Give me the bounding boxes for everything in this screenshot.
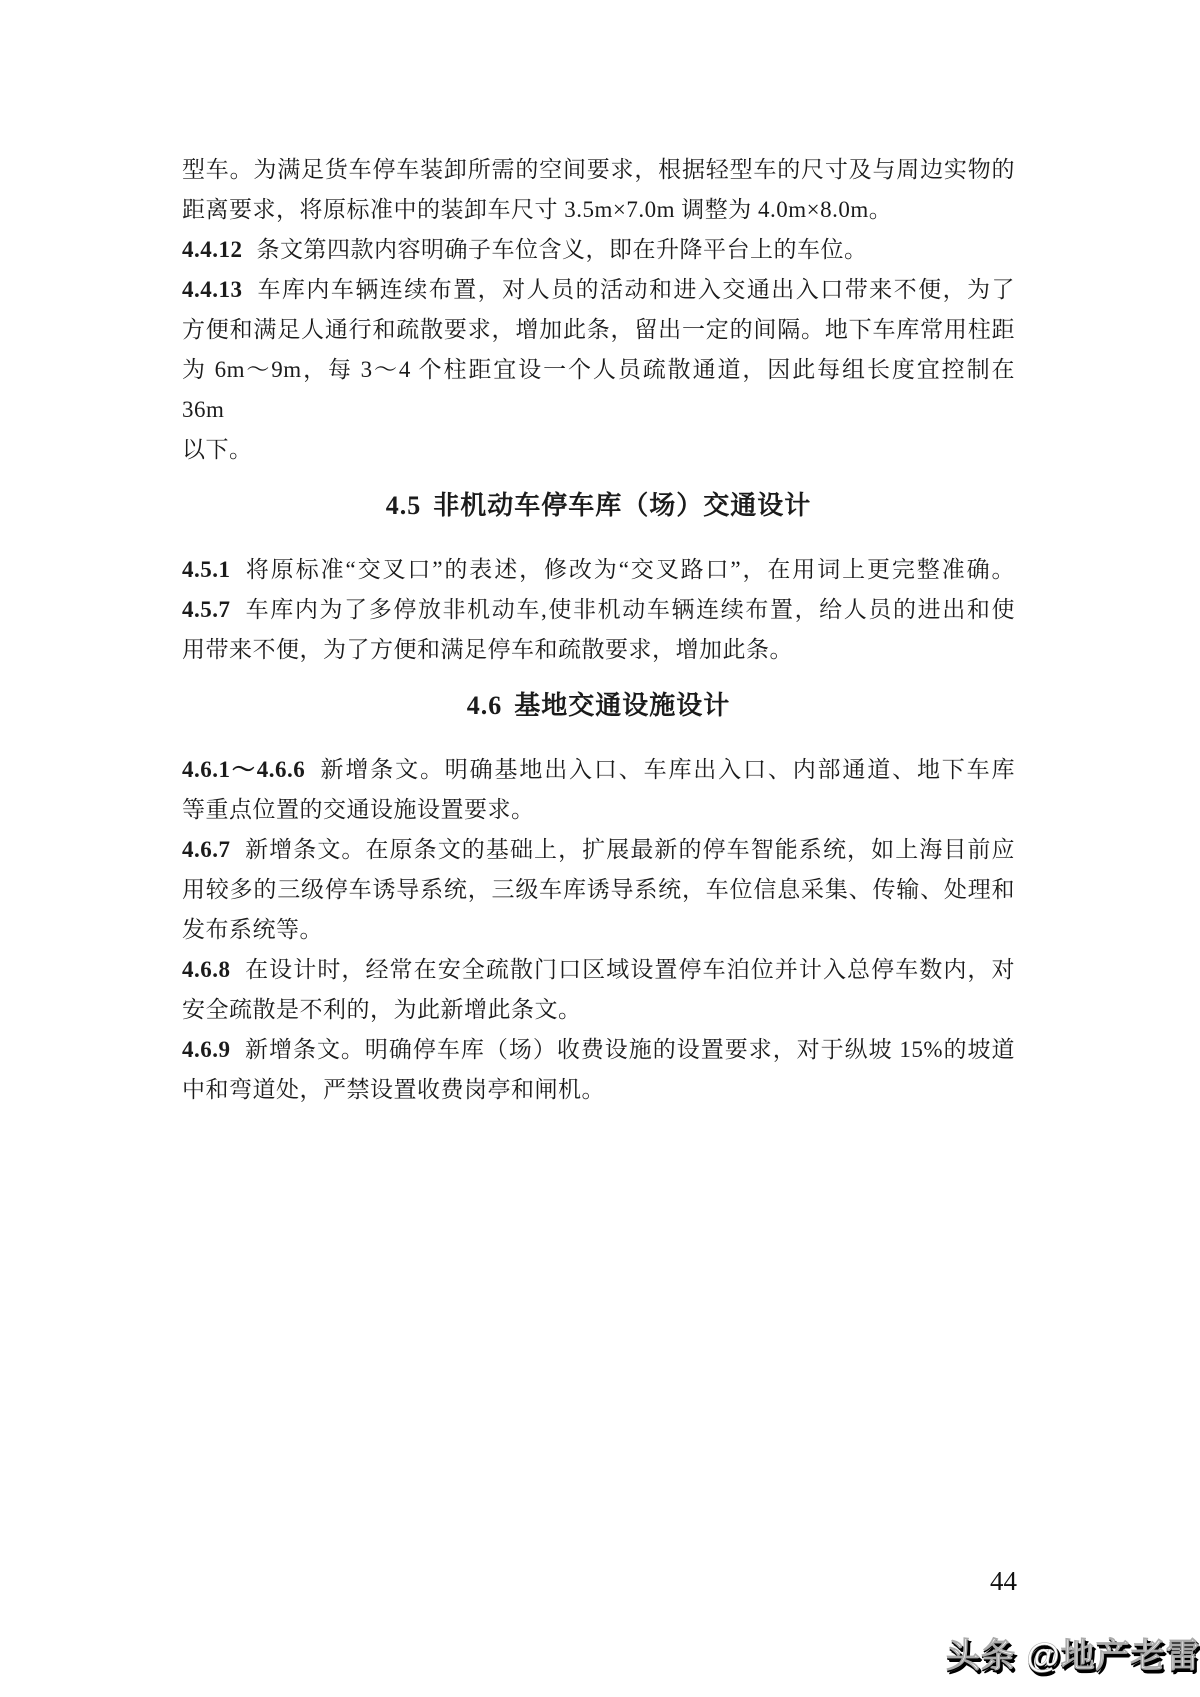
text-line: 4.6.8在设计时，经常在安全疏散门口区域设置停车泊位并计入总停车数内，对	[182, 950, 1015, 990]
text-line: 等重点位置的交通设施设置要求。	[182, 790, 1015, 830]
text-line: 4.6.1～4.6.6新增条文。明确基地出入口、车库出入口、内部通道、地下车库	[182, 750, 1015, 790]
section-heading: 4.5非机动车停车库（场）交通设计	[182, 486, 1015, 526]
text-line: 4.6.9新增条文。明确停车库（场）收费设施的设置要求，对于纵坡 15%的坡道	[182, 1030, 1015, 1070]
text-line: 4.4.13车库内车辆连续布置，对人员的活动和进入交通出入口带来不便，为了	[182, 270, 1015, 310]
clause-number: 4.5.1	[182, 557, 245, 582]
heading-title: 基地交通设施设计	[514, 691, 730, 720]
text-line: 安全疏散是不利的，为此新增此条文。	[182, 990, 1015, 1030]
clause-number: 4.5.7	[182, 597, 245, 622]
text-line: 方便和满足人通行和疏散要求，增加此条，留出一定的间隔。地下车库常用柱距	[182, 310, 1015, 350]
clause-number: 4.6.1～4.6.6	[182, 757, 319, 782]
section-heading: 4.6基地交通设施设计	[182, 686, 1015, 726]
text-line: 以下。	[182, 430, 1015, 470]
clause-text: 新增条文。在原条文的基础上，扩展最新的停车智能系统，如上海目前应	[245, 837, 1016, 862]
clause-text: 新增条文。明确停车库（场）收费设施的设置要求，对于纵坡 15%的坡道	[245, 1037, 1016, 1062]
heading-title: 非机动车停车库（场）交通设计	[433, 491, 811, 520]
clause-text: 车库内为了多停放非机动车,使非机动车辆连续布置，给人员的进出和使	[245, 597, 1016, 622]
clause-number: 4.4.13	[182, 277, 257, 302]
text-line: 型车。为满足货车停车装卸所需的空间要求，根据轻型车的尺寸及与周边实物的	[182, 150, 1015, 190]
text-line: 中和弯道处，严禁设置收费岗亭和闸机。	[182, 1070, 1015, 1110]
text-line: 4.6.7新增条文。在原条文的基础上，扩展最新的停车智能系统，如上海目前应	[182, 830, 1015, 870]
text-line: 为 6m～9m，每 3～4 个柱距宜设一个人员疏散通道，因此每组长度宜控制在 3…	[182, 350, 1015, 430]
clause-number: 4.6.7	[182, 837, 245, 862]
clause-text: 在设计时，经常在安全疏散门口区域设置停车泊位并计入总停车数内，对	[245, 957, 1016, 982]
clause-number: 4.4.12	[182, 237, 257, 262]
document-page: 型车。为满足货车停车装卸所需的空间要求，根据轻型车的尺寸及与周边实物的距离要求，…	[0, 0, 1200, 1697]
text-line: 用较多的三级停车诱导系统，三级车库诱导系统，车位信息采集、传输、处理和	[182, 870, 1015, 910]
text-line: 4.4.12条文第四款内容明确子车位含义，即在升降平台上的车位。	[182, 230, 1015, 270]
heading-number: 4.6	[467, 691, 515, 720]
clause-number: 4.6.8	[182, 957, 245, 982]
heading-number: 4.5	[386, 491, 434, 520]
clause-text: 新增条文。明确基地出入口、车库出入口、内部通道、地下车库	[319, 757, 1015, 782]
text-line: 4.5.7车库内为了多停放非机动车,使非机动车辆连续布置，给人员的进出和使	[182, 590, 1015, 630]
watermark-text: 头条 @地产老雷	[946, 1628, 1200, 1677]
clause-text: 条文第四款内容明确子车位含义，即在升降平台上的车位。	[257, 237, 868, 262]
text-line: 4.5.1将原标准“交叉口”的表述，修改为“交叉路口”，在用词上更完整准确。	[182, 550, 1015, 590]
clause-number: 4.6.9	[182, 1037, 245, 1062]
clause-text: 将原标准“交叉口”的表述，修改为“交叉路口”，在用词上更完整准确。	[245, 557, 1016, 582]
text-line: 用带来不便，为了方便和满足停车和疏散要求，增加此条。	[182, 630, 1015, 670]
document-text-block: 型车。为满足货车停车装卸所需的空间要求，根据轻型车的尺寸及与周边实物的距离要求，…	[182, 150, 1015, 1110]
page-number: 44	[990, 1566, 1017, 1597]
text-line: 发布系统等。	[182, 910, 1015, 950]
clause-text: 车库内车辆连续布置，对人员的活动和进入交通出入口带来不便，为了	[257, 277, 1016, 302]
text-line: 距离要求，将原标准中的装卸车尺寸 3.5m×7.0m 调整为 4.0m×8.0m…	[182, 190, 1015, 230]
